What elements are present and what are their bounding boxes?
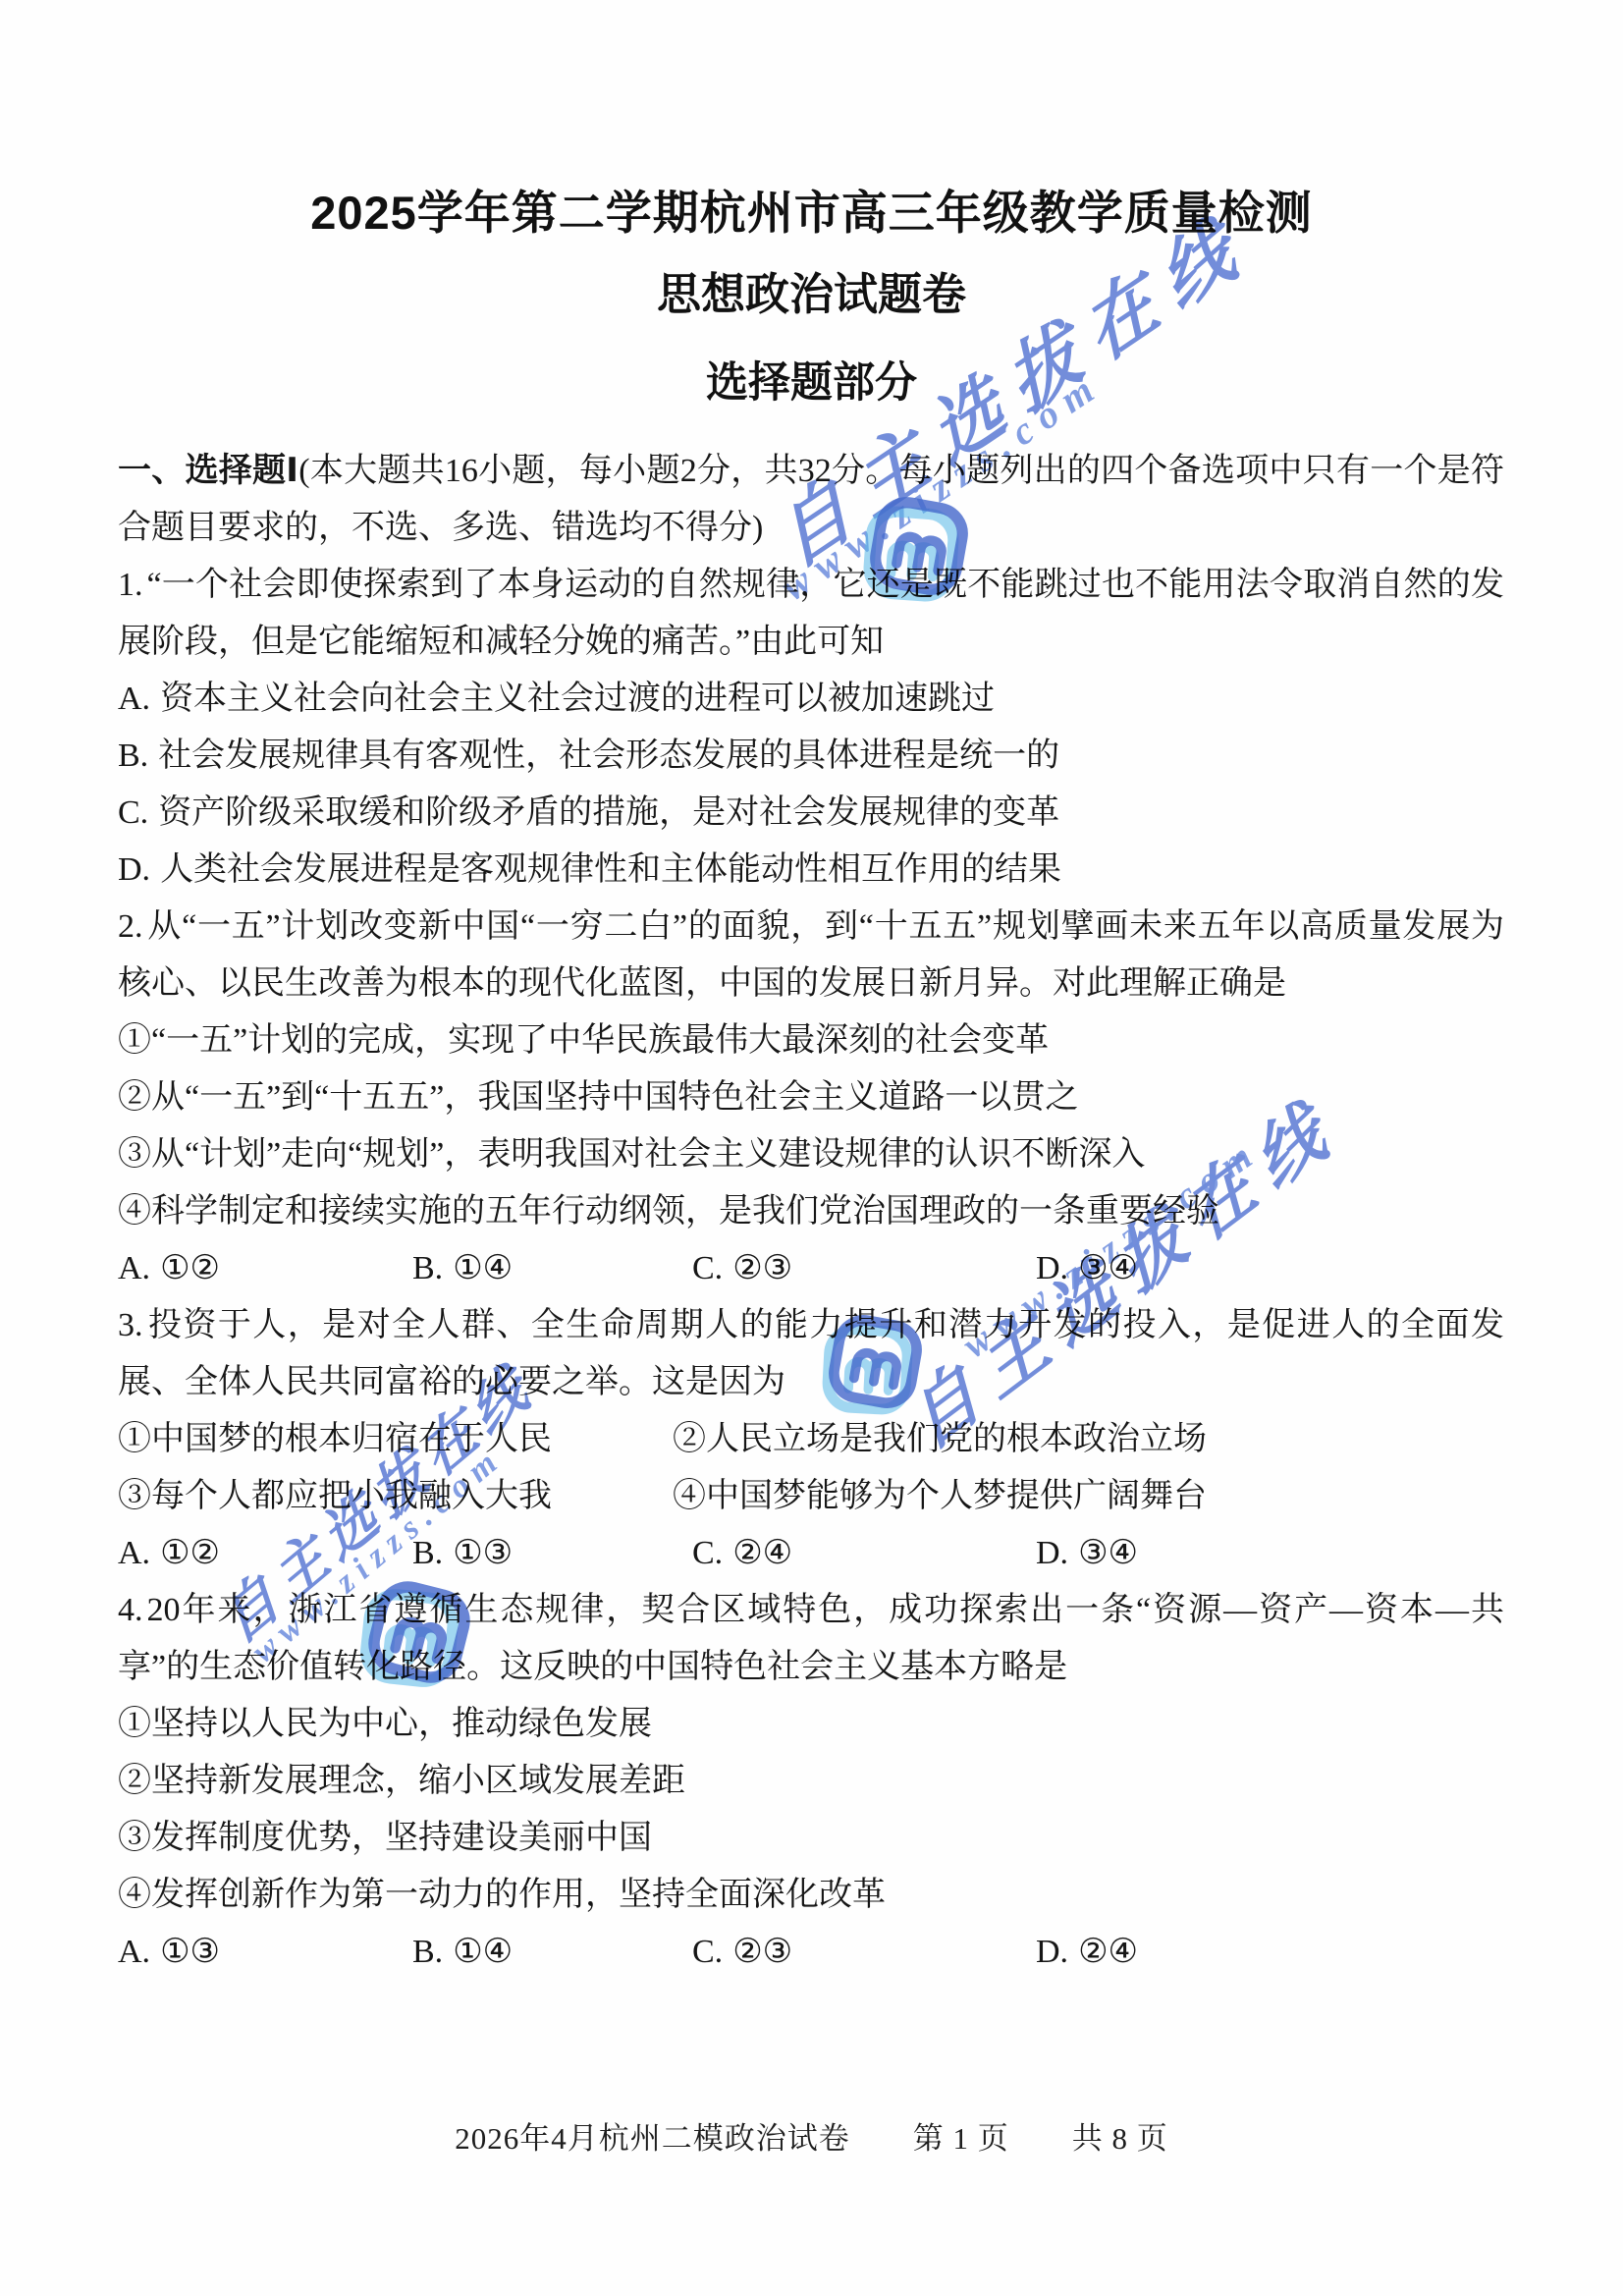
- q3-statement-4: ④中国梦能够为个人梦提供广阔舞台: [673, 1468, 1207, 1525]
- question-4-statements: ①坚持以人民为中心，推动绿色发展 ②坚持新发展理念，缩小区域发展差距 ③发挥制度…: [118, 1696, 1504, 1924]
- question-2-statements: ①“一五”计划的完成，实现了中华民族最伟大最深刻的社会变革 ②从“一五”到“十五…: [118, 1012, 1504, 1240]
- option-1a-label: A.: [118, 681, 160, 717]
- page-footer: 2026年4月杭州二模政治试卷 第 1 页 共 8 页: [0, 2113, 1623, 2158]
- q3-statement-2: ②人民立场是我们党的根本政治立场: [673, 1411, 1207, 1468]
- option-2a-label: A.: [118, 1250, 160, 1286]
- instructions: 一、选择题Ⅰ(本大题共16小题，每小题2分，共32分。每小题列出的四个备选项中只…: [118, 442, 1504, 557]
- q2-statement-4: ④科学制定和接续实施的五年行动纲领，是我们党治国理政的一条重要经验: [118, 1183, 1504, 1240]
- option-1b-label: B.: [118, 738, 158, 774]
- option-4c-label: C.: [692, 1934, 732, 1970]
- question-2-stem: 2.从“一五”计划改变新中国“一穷二白”的面貌，到“十五五”规划擘画未来五年以高…: [118, 899, 1504, 1012]
- question-4-number: 4.: [118, 1592, 147, 1628]
- option-3d-text: ③④: [1078, 1535, 1138, 1571]
- exam-subtitle: 思想政治试题卷: [0, 265, 1623, 324]
- option-4d-text: ②④: [1078, 1934, 1138, 1970]
- option-2b-text: ①④: [453, 1250, 513, 1286]
- option-1a-text: 资本主义社会向社会主义社会过渡的进程可以被加速跳过: [160, 681, 995, 717]
- option-1d-label: D.: [118, 851, 160, 888]
- option-4a-label: A.: [118, 1934, 160, 1970]
- instructions-text: (本大题共16小题，每小题2分，共32分。每小题列出的四个备选项中只有一个是符合…: [118, 453, 1504, 546]
- option-3c-label: C.: [692, 1535, 732, 1571]
- option-2b-label: B.: [412, 1250, 453, 1286]
- option-4b: B.①④: [412, 1924, 513, 1981]
- question-1-stem: 1.“一个社会即使探索到了本身运动的自然规律，它还是既不能跳过也不能用法令取消自…: [118, 557, 1504, 671]
- question-3-stem: 3.投资于人，是对全人群、全生命周期人的能力提升和潜力开发的投入，是促进人的全面…: [118, 1297, 1504, 1411]
- option-1c-text: 资产阶级采取缓和阶级矛盾的措施，是对社会发展规律的变革: [158, 794, 1059, 831]
- q2-statement-2: ②从“一五”到“十五五”，我国坚持中国特色社会主义道路一以贯之: [118, 1069, 1504, 1126]
- option-4c: C.②③: [692, 1924, 792, 1981]
- option-4d-label: D.: [1036, 1934, 1078, 1970]
- q4-statement-3: ③发挥制度优势，坚持建设美丽中国: [118, 1810, 1504, 1867]
- q4-statement-1: ①坚持以人民为中心，推动绿色发展: [118, 1696, 1504, 1753]
- option-1b-text: 社会发展规律具有客观性，社会形态发展的具体进程是统一的: [158, 738, 1059, 774]
- page-title: 2025学年第二学期杭州市高三年级教学质量检测: [0, 183, 1623, 244]
- option-2d: D.③④: [1036, 1240, 1138, 1297]
- question-3-options: A.①② B.①③ C.②④ D.③④: [118, 1525, 1504, 1582]
- option-4a: A.①③: [118, 1924, 220, 1981]
- exam-page: 2025学年第二学期杭州市高三年级教学质量检测 思想政治试题卷 选择题部分 一、…: [0, 0, 1623, 2296]
- option-1b: B.社会发展规律具有客观性，社会形态发展的具体进程是统一的: [118, 728, 1504, 785]
- option-3b-label: B.: [412, 1535, 453, 1571]
- question-4-stem: 4.20年来，浙江省遵循生态规律，契合区域特色，成功探索出一条“资源—资产—资本…: [118, 1582, 1504, 1696]
- option-3b-text: ①③: [453, 1535, 513, 1571]
- question-3-number: 3.: [118, 1307, 147, 1343]
- option-2c: C.②③: [692, 1240, 792, 1297]
- option-3a: A.①②: [118, 1525, 220, 1582]
- option-4b-label: B.: [412, 1934, 453, 1970]
- question-1-text: “一个社会即使探索到了本身运动的自然规律，它还是既不能跳过也不能用法令取消自然的…: [118, 567, 1504, 660]
- q3-statements-row-1: ①中国梦的根本归宿在于人民 ②人民立场是我们党的根本政治立场: [118, 1411, 1504, 1468]
- q4-statement-2: ②坚持新发展理念，缩小区域发展差距: [118, 1753, 1504, 1810]
- option-3c: C.②④: [692, 1525, 792, 1582]
- question-2-number: 2.: [118, 908, 147, 945]
- option-3a-label: A.: [118, 1535, 160, 1571]
- option-2b: B.①④: [412, 1240, 513, 1297]
- question-3-text: 投资于人，是对全人群、全生命周期人的能力提升和潜力开发的投入，是促进人的全面发展…: [118, 1307, 1504, 1400]
- instructions-label: 一、选择题Ⅰ: [118, 452, 298, 489]
- option-1a: A.资本主义社会向社会主义社会过渡的进程可以被加速跳过: [118, 671, 1504, 728]
- q3-statement-3: ③每个人都应把小我融入大我: [118, 1468, 552, 1525]
- q2-statement-3: ③从“计划”走向“规划”，表明我国对社会主义建设规律的认识不断深入: [118, 1126, 1504, 1183]
- option-3d: D.③④: [1036, 1525, 1138, 1582]
- option-3b: B.①③: [412, 1525, 513, 1582]
- question-2-options: A.①② B.①④ C.②③ D.③④: [118, 1240, 1504, 1297]
- option-4d: D.②④: [1036, 1924, 1138, 1981]
- option-2a: A.①②: [118, 1240, 220, 1297]
- option-4a-text: ①③: [160, 1934, 220, 1970]
- title-block: 2025学年第二学期杭州市高三年级教学质量检测 思想政治试题卷 选择题部分: [0, 183, 1623, 410]
- option-3d-label: D.: [1036, 1535, 1078, 1571]
- option-4c-text: ②③: [732, 1934, 792, 1970]
- option-2c-label: C.: [692, 1250, 732, 1286]
- option-1d-text: 人类社会发展进程是客观规律性和主体能动性相互作用的结果: [160, 851, 1061, 888]
- q3-statements-row-2: ③每个人都应把小我融入大我 ④中国梦能够为个人梦提供广阔舞台: [118, 1468, 1504, 1525]
- option-2c-text: ②③: [732, 1250, 792, 1286]
- option-3c-text: ②④: [732, 1535, 792, 1571]
- q3-statement-1: ①中国梦的根本归宿在于人民: [118, 1411, 552, 1468]
- option-3a-text: ①②: [160, 1535, 220, 1571]
- option-1d: D.人类社会发展进程是客观规律性和主体能动性相互作用的结果: [118, 842, 1504, 899]
- exam-body: 一、选择题Ⅰ(本大题共16小题，每小题2分，共32分。每小题列出的四个备选项中只…: [118, 442, 1504, 1981]
- section-heading: 选择题部分: [0, 355, 1623, 410]
- option-1c-label: C.: [118, 794, 158, 831]
- question-4-text: 20年来，浙江省遵循生态规律，契合区域特色，成功探索出一条“资源—资产—资本—共…: [118, 1592, 1504, 1685]
- q2-statement-1: ①“一五”计划的完成，实现了中华民族最伟大最深刻的社会变革: [118, 1012, 1504, 1069]
- option-2d-text: ③④: [1078, 1250, 1138, 1286]
- question-1-number: 1.: [118, 567, 147, 603]
- q4-statement-4: ④发挥创新作为第一动力的作用，坚持全面深化改革: [118, 1867, 1504, 1924]
- question-4-options: A.①③ B.①④ C.②③ D.②④: [118, 1924, 1504, 1981]
- option-2d-label: D.: [1036, 1250, 1078, 1286]
- option-4b-text: ①④: [453, 1934, 513, 1970]
- question-1-options: A.资本主义社会向社会主义社会过渡的进程可以被加速跳过 B.社会发展规律具有客观…: [118, 671, 1504, 899]
- option-2a-text: ①②: [160, 1250, 220, 1286]
- option-1c: C.资产阶级采取缓和阶级矛盾的措施，是对社会发展规律的变革: [118, 785, 1504, 842]
- question-2-text: 从“一五”计划改变新中国“一穷二白”的面貌，到“十五五”规划擘画未来五年以高质量…: [118, 908, 1504, 1002]
